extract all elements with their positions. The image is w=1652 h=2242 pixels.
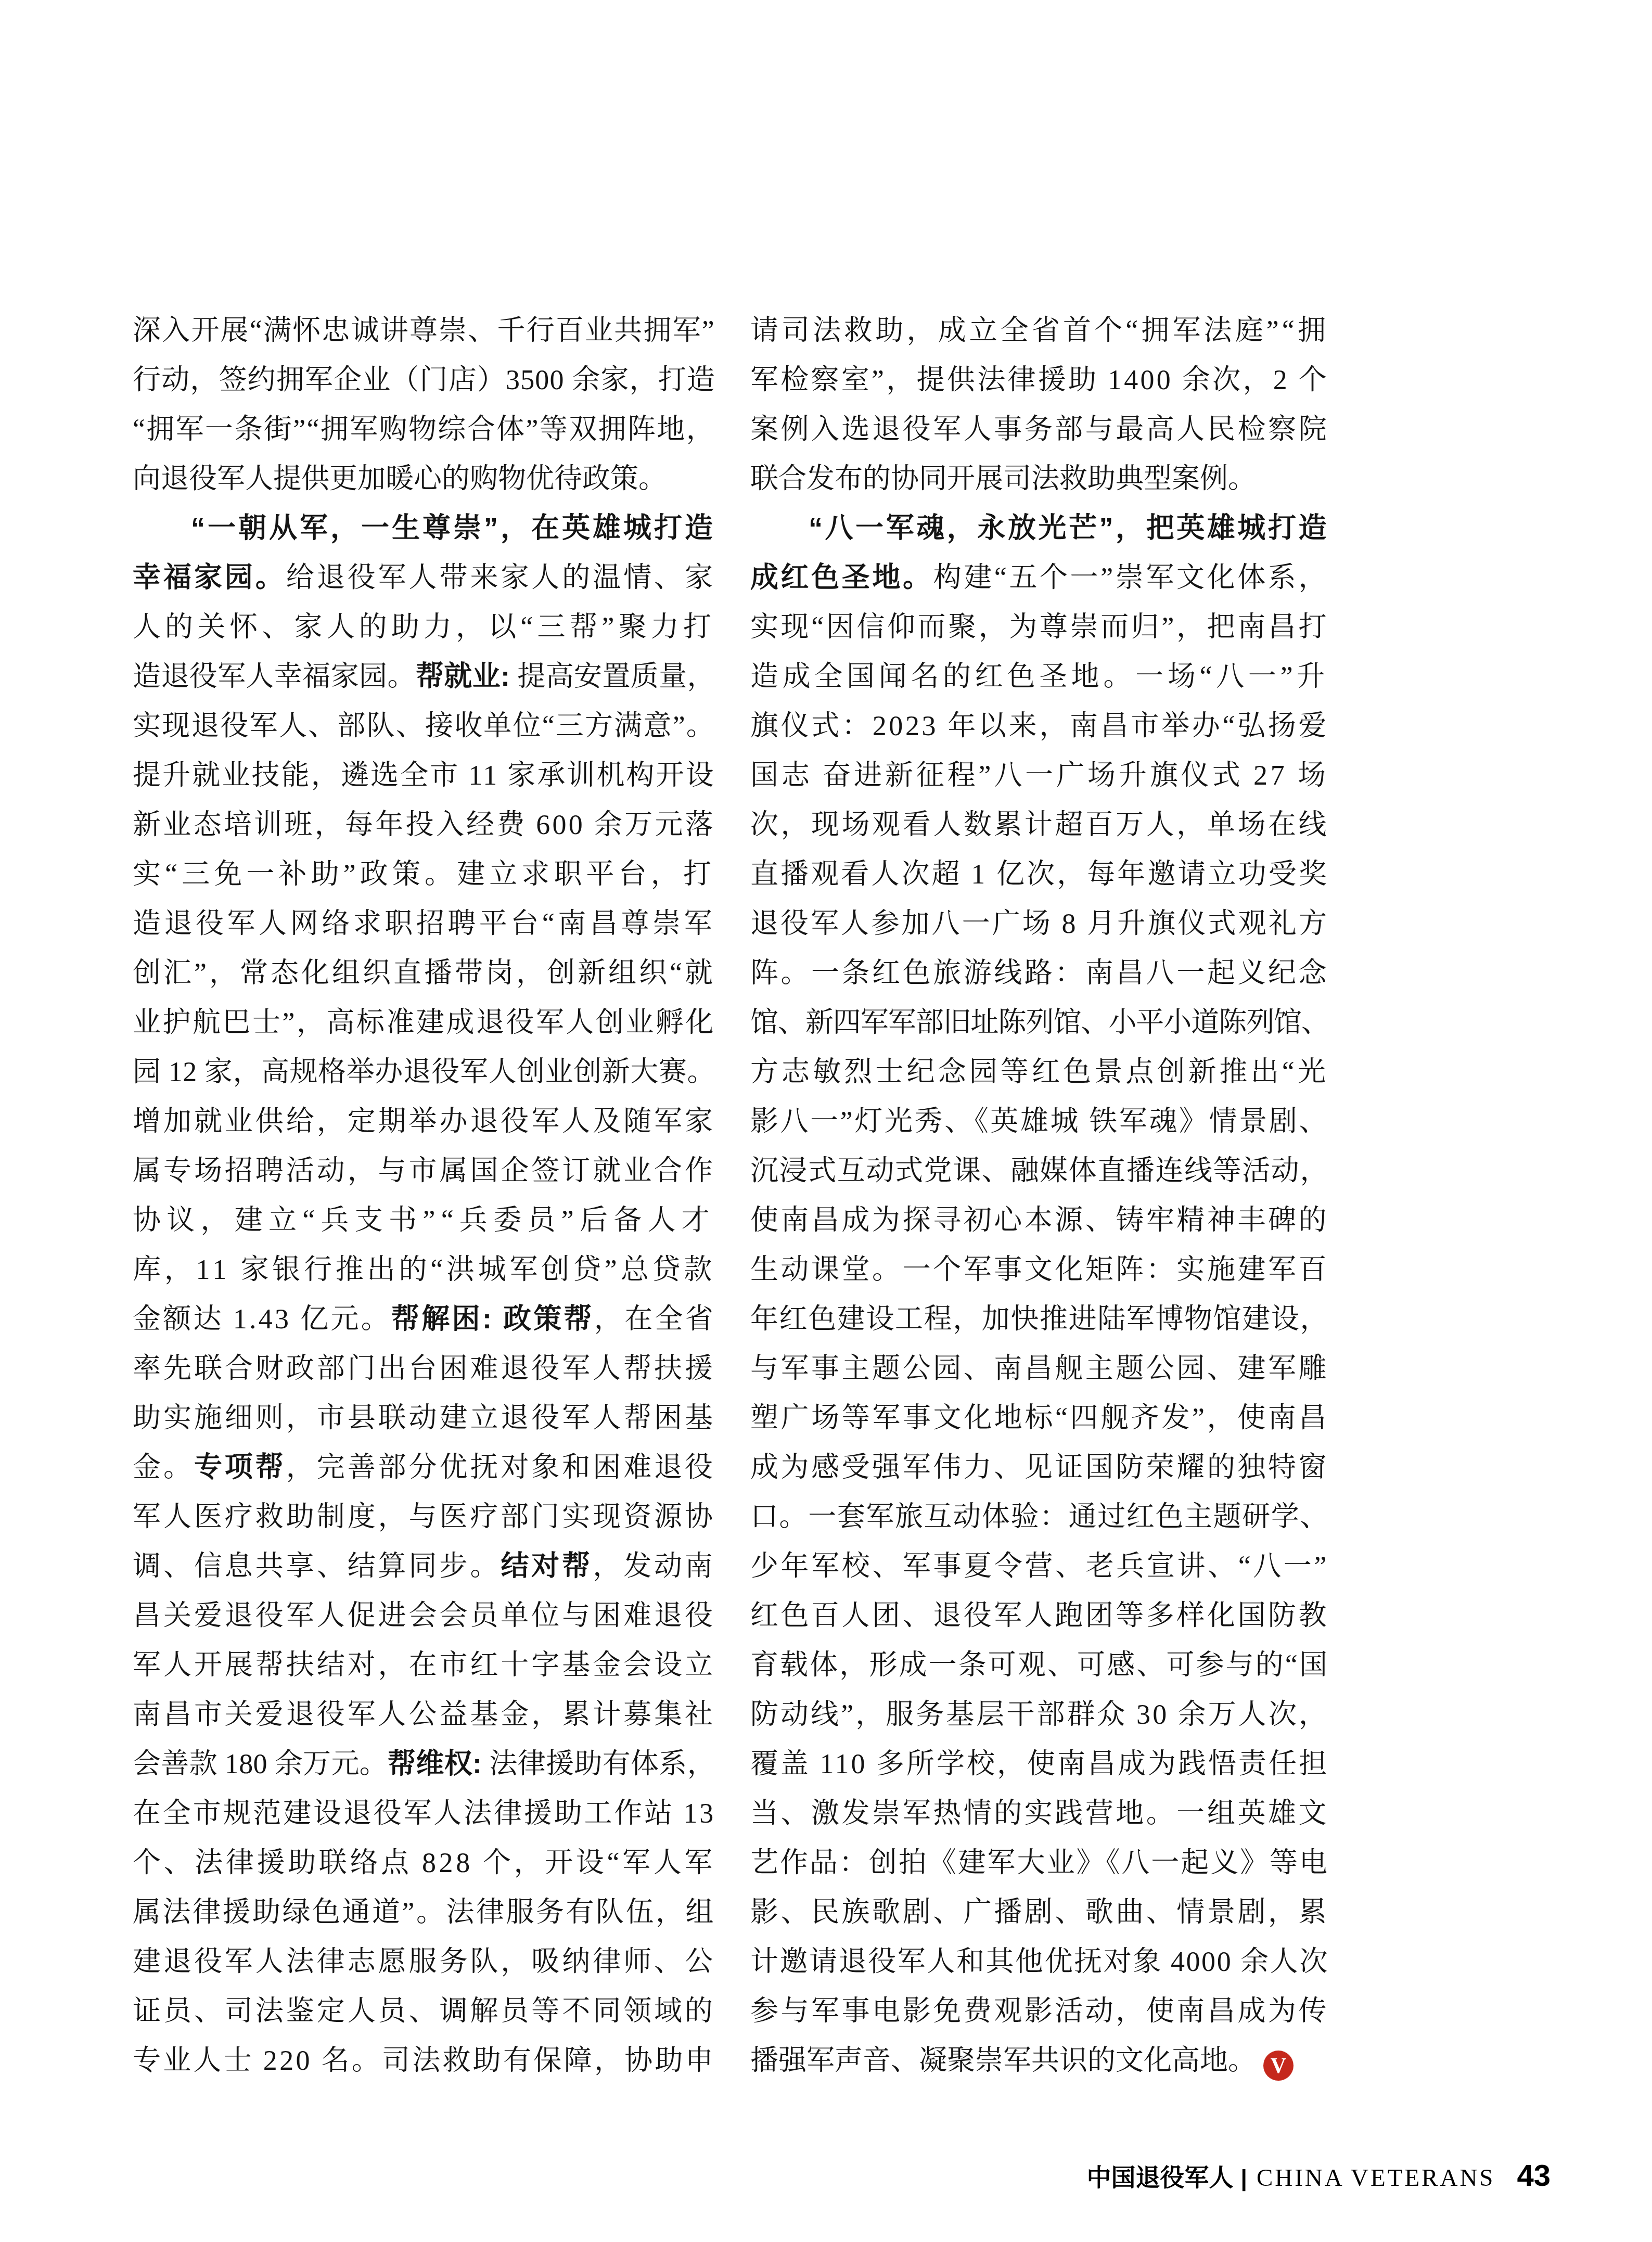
text-segment: ，在全省 xyxy=(594,1303,715,1335)
text-segment: 提高安置质量， xyxy=(510,661,715,692)
bold-keyword: “一朝从军，一生尊崇”，在英雄城打造 xyxy=(191,513,715,544)
text-line: 馆、新四军军部旧址陈列馆、小平小道陈列馆、 xyxy=(750,998,1329,1047)
text-line: 案例入选退役军人事务部与最高人民检察院 xyxy=(750,405,1329,454)
text-segment: 行动，签约拥军企业（门店）3500 余家，打造 xyxy=(133,364,715,395)
text-line: 艺作品：创拍《建军大业》《八一起义》等电 xyxy=(750,1838,1329,1888)
text-line: 与军事主题公园、南昌舰主题公园、建军雕 xyxy=(750,1344,1329,1393)
text-line: 人的关怀、家人的助力，以“三帮”聚力打 xyxy=(133,603,715,652)
text-line: 深入开展“满怀忠诚讲尊崇、千行百业共拥军” xyxy=(133,306,715,355)
text-segment: 使南昌成为探寻初心本源、铸牢精神丰碑的 xyxy=(750,1205,1329,1236)
bold-keyword: 专项帮 xyxy=(194,1452,286,1483)
text-segment: 新业态培训班，每年投入经费 600 余万元落 xyxy=(133,809,715,840)
text-line: 当、激发崇军热情的实践营地。一组英雄文 xyxy=(750,1789,1329,1838)
text-line: 使南昌成为探寻初心本源、铸牢精神丰碑的 xyxy=(750,1196,1329,1245)
text-line: 计邀请退役军人和其他优抚对象 4000 余人次 xyxy=(750,1937,1329,1987)
text-segment: 实现“因信仰而聚，为尊崇而归”，把南昌打 xyxy=(750,611,1329,643)
text-line: 播强军声音、凝聚崇军共识的文化高地。V xyxy=(750,2036,1329,2085)
text-segment: 给退役军人带来家人的温情、家 xyxy=(286,562,715,593)
bold-keyword: 政策帮 xyxy=(503,1303,594,1335)
bold-keyword: “八一军魂，永放光芒”，把英雄城打造 xyxy=(809,513,1329,544)
text-line: 助实施细则，市县联动建立退役军人帮困基 xyxy=(133,1393,715,1443)
text-line: 新业态培训班，每年投入经费 600 余万元落 xyxy=(133,800,715,850)
text-segment: 个、法律援助联络点 828 个，开设“军人军 xyxy=(133,1847,715,1878)
text-line: 成红色圣地。构建“五个一”崇军文化体系， xyxy=(750,553,1329,603)
text-line: 造成全国闻名的红色圣地。一场“八一”升 xyxy=(750,652,1329,701)
text-segment: 创汇”，常态化组织直播带岗，创新组织“就 xyxy=(133,957,715,989)
text-line: 生动课堂。一个军事文化矩阵：实施建军百 xyxy=(750,1245,1329,1295)
text-segment: 实“三免一补助”政策。建立求职平台，打 xyxy=(133,859,715,890)
magazine-title-cn: 中国退役军人 xyxy=(1087,2158,1234,2193)
text-segment: 参与军事电影免费观影活动，使南昌成为传 xyxy=(750,1995,1329,2027)
magazine-page: 深入开展“满怀忠诚讲尊崇、千行百业共拥军”行动，签约拥军企业（门店）3500 余… xyxy=(0,0,1652,2242)
text-segment: 在全市规范建设退役军人法律援助工作站 13 xyxy=(133,1798,715,1829)
text-line: 军人开展帮扶结对，在市红十字基金会设立 xyxy=(133,1641,715,1690)
text-segment: 率先联合财政部门出台困难退役军人帮扶援 xyxy=(133,1353,715,1384)
text-line: 幸福家园。给退役军人带来家人的温情、家 xyxy=(133,553,715,603)
text-line: 军人医疗救助制度，与医疗部门实现资源协 xyxy=(133,1492,715,1542)
text-line: 请司法救助，成立全省首个“拥军法庭”“拥 xyxy=(750,306,1329,355)
text-segment: 案例入选退役军人事务部与最高人民检察院 xyxy=(750,414,1329,445)
text-segment: 园 12 家，高规格举办退役军人创业创新大赛。 xyxy=(133,1056,715,1087)
text-segment: 属专场招聘活动，与市属国企签订就业合作 xyxy=(133,1155,715,1186)
text-segment: 影、民族歌剧、广播剧、歌曲、情景剧，累 xyxy=(750,1897,1329,1928)
bold-keyword: 幸福家园。 xyxy=(133,562,286,593)
text-segment: 造成全国闻名的红色圣地。一场“八一”升 xyxy=(750,661,1329,692)
text-segment: 南昌市关爱退役军人公益基金，累计募集社 xyxy=(133,1699,715,1730)
text-line: 增加就业供给，定期举办退役军人及随军家 xyxy=(133,1097,715,1146)
text-segment: 会善款 180 余万元。 xyxy=(133,1748,388,1779)
text-segment: 昌关爱退役军人促进会会员单位与困难退役 xyxy=(133,1600,715,1631)
text-line: 率先联合财政部门出台困难退役军人帮扶援 xyxy=(133,1344,715,1393)
text-segment: 请司法救助，成立全省首个“拥军法庭”“拥 xyxy=(750,315,1329,346)
text-line: 影八一”灯光秀、《英雄城 铁军魂》情景剧、 xyxy=(750,1097,1329,1146)
text-segment: 与军事主题公园、南昌舰主题公园、建军雕 xyxy=(750,1353,1329,1384)
text-line: 金。专项帮，完善部分优抚对象和困难退役 xyxy=(133,1443,715,1492)
text-segment: 实现退役军人、部队、接收单位“三方满意”。 xyxy=(133,710,715,741)
text-segment: 建退役军人法律志愿服务队，吸纳律师、公 xyxy=(133,1946,715,1977)
text-line: 实现“因信仰而聚，为尊崇而归”，把南昌打 xyxy=(750,603,1329,652)
text-line: 昌关爱退役军人促进会会员单位与困难退役 xyxy=(133,1591,715,1641)
text-segment: 法律援助有体系， xyxy=(482,1748,715,1779)
text-segment: 馆、新四军军部旧址陈列馆、小平小道陈列馆、 xyxy=(750,1007,1329,1038)
text-segment: 红色百人团、退役军人跑团等多样化国防教 xyxy=(750,1600,1329,1631)
text-segment: 防动线”，服务基层干部群众 30 余万人次， xyxy=(750,1699,1329,1730)
text-line: “一朝从军，一生尊崇”，在英雄城打造 xyxy=(133,504,715,553)
text-line: 个、法律援助联络点 828 个，开设“军人军 xyxy=(133,1838,715,1888)
bold-keyword: 帮就业: xyxy=(416,661,510,692)
text-line: 在全市规范建设退役军人法律援助工作站 13 xyxy=(133,1789,715,1838)
text-line: 红色百人团、退役军人跑团等多样化国防教 xyxy=(750,1591,1329,1641)
text-line: 口。一套军旅互动体验：通过红色主题研学、 xyxy=(750,1492,1329,1542)
text-segment: 金。 xyxy=(133,1452,194,1483)
text-line: 属专场招聘活动，与市属国企签订就业合作 xyxy=(133,1146,715,1196)
text-line: 会善款 180 余万元。帮维权: 法律援助有体系， xyxy=(133,1739,715,1789)
text-segment: 退役军人参加八一广场 8 月升旗仪式观礼方 xyxy=(750,908,1329,939)
text-line: 旗仪式：2023 年以来，南昌市举办“弘扬爱 xyxy=(750,701,1329,751)
text-line: 防动线”，服务基层干部群众 30 余万人次， xyxy=(750,1690,1329,1739)
text-segment xyxy=(494,1303,503,1335)
bold-keyword: 帮解困: xyxy=(391,1303,494,1335)
text-line: 方志敏烈士纪念园等红色景点创新推出“光 xyxy=(750,1047,1329,1097)
text-line: 行动，签约拥军企业（门店）3500 余家，打造 xyxy=(133,355,715,405)
text-line: 实“三免一补助”政策。建立求职平台，打 xyxy=(133,850,715,899)
text-line: 属法律援助绿色通道”。法律服务有队伍，组 xyxy=(133,1888,715,1937)
text-line: “拥军一条街”“拥军购物综合体”等双拥阵地， xyxy=(133,405,715,454)
text-segment: “拥军一条街”“拥军购物综合体”等双拥阵地， xyxy=(133,414,715,445)
text-segment: 增加就业供给，定期举办退役军人及随军家 xyxy=(133,1106,715,1137)
text-segment: 成为感受强军伟力、见证国防荣耀的独特窗 xyxy=(750,1452,1329,1483)
text-segment: 生动课堂。一个军事文化矩阵：实施建军百 xyxy=(750,1254,1329,1285)
text-segment: 国志 奋进新征程”八一广场升旗仪式 27 场 xyxy=(750,760,1329,791)
text-line: 军检察室”，提供法律援助 1400 余次，2 个 xyxy=(750,355,1329,405)
text-segment: 调、信息共享、结算同步。 xyxy=(133,1551,501,1582)
magazine-end-mark-icon: V xyxy=(1263,2051,1294,2081)
text-segment: 口。一套军旅互动体验：通过红色主题研学、 xyxy=(750,1501,1329,1532)
text-line: 专业人士 220 名。司法救助有保障，协助申 xyxy=(133,2036,715,2085)
text-line: 向退役军人提供更加暖心的购物优待政策。 xyxy=(133,454,715,504)
text-segment: ，发动南 xyxy=(593,1551,715,1582)
text-segment: 沉浸式互动式党课、融媒体直播连线等活动， xyxy=(750,1155,1329,1186)
text-segment: 属法律援助绿色通道”。法律服务有队伍，组 xyxy=(133,1897,715,1928)
text-segment: 业护航巴士”，高标准建成退役军人创业孵化 xyxy=(133,1007,715,1038)
text-line: 联合发布的协同开展司法救助典型案例。 xyxy=(750,454,1329,504)
text-line: 阵。一条红色旅游线路：南昌八一起义纪念 xyxy=(750,949,1329,998)
text-line: 沉浸式互动式党课、融媒体直播连线等活动， xyxy=(750,1146,1329,1196)
text-segment: 影八一”灯光秀、《英雄城 铁军魂》情景剧、 xyxy=(750,1106,1329,1137)
text-segment: 专业人士 220 名。司法救助有保障，协助申 xyxy=(133,2045,715,2076)
text-line: 协议，建立“兵支书”“兵委员”后备人才 xyxy=(133,1196,715,1245)
text-line: 国志 奋进新征程”八一广场升旗仪式 27 场 xyxy=(750,751,1329,800)
text-line: 直播观看人次超 1 亿次，每年邀请立功受奖 xyxy=(750,850,1329,899)
bold-keyword: 成红色圣地。 xyxy=(750,562,933,593)
text-line: 创汇”，常态化组织直播带岗，创新组织“就 xyxy=(133,949,715,998)
text-line: 库，11 家银行推出的“洪城军创贷”总贷款 xyxy=(133,1245,715,1295)
text-segment: 艺作品：创拍《建军大业》《八一起义》等电 xyxy=(750,1847,1329,1878)
text-segment: 深入开展“满怀忠诚讲尊崇、千行百业共拥军” xyxy=(133,315,715,346)
text-line: 造退役军人网络求职招聘平台“南昌尊崇军 xyxy=(133,899,715,949)
magazine-title-en: CHINA VETERANS xyxy=(1257,2164,1495,2192)
footer-divider: | xyxy=(1241,2166,1247,2192)
text-line: 南昌市关爱退役军人公益基金，累计募集社 xyxy=(133,1690,715,1739)
text-segment: 协议，建立“兵支书”“兵委员”后备人才 xyxy=(133,1205,715,1236)
text-line: 建退役军人法律志愿服务队，吸纳律师、公 xyxy=(133,1937,715,1987)
text-segment: 助实施细则，市县联动建立退役军人帮困基 xyxy=(133,1402,715,1433)
article-column-left: 深入开展“满怀忠诚讲尊崇、千行百业共拥军”行动，签约拥军企业（门店）3500 余… xyxy=(133,306,715,2085)
text-line: “八一军魂，永放光芒”，把英雄城打造 xyxy=(750,504,1329,553)
text-segment: 造退役军人网络求职招聘平台“南昌尊崇军 xyxy=(133,908,715,939)
text-segment: 次，现场观看人数累计超百万人，单场在线 xyxy=(750,809,1329,840)
text-line: 次，现场观看人数累计超百万人，单场在线 xyxy=(750,800,1329,850)
bold-keyword: 结对帮 xyxy=(501,1551,593,1582)
text-line: 证员、司法鉴定人员、调解员等不同领域的 xyxy=(133,1987,715,2036)
text-line: 实现退役军人、部队、接收单位“三方满意”。 xyxy=(133,701,715,751)
text-line: 提升就业技能，遴选全市 11 家承训机构开设 xyxy=(133,751,715,800)
text-line: 覆盖 110 多所学校，使南昌成为践悟责任担 xyxy=(750,1739,1329,1789)
text-line: 业护航巴士”，高标准建成退役军人创业孵化 xyxy=(133,998,715,1047)
text-segment: 年红色建设工程，加快推进陆军博物馆建设， xyxy=(750,1303,1329,1335)
text-segment: ，完善部分优抚对象和困难退役 xyxy=(286,1452,715,1483)
text-segment: 育载体，形成一条可观、可感、可参与的“国 xyxy=(750,1649,1329,1681)
text-segment: 金额达 1.43 亿元。 xyxy=(133,1303,391,1335)
text-segment: 构建“五个一”崇军文化体系， xyxy=(933,562,1329,593)
text-segment: 库，11 家银行推出的“洪城军创贷”总贷款 xyxy=(133,1254,715,1285)
text-segment: 造退役军人幸福家园。 xyxy=(133,661,416,692)
text-segment: 覆盖 110 多所学校，使南昌成为践悟责任担 xyxy=(750,1748,1329,1779)
text-segment: 人的关怀、家人的助力，以“三帮”聚力打 xyxy=(133,611,715,643)
text-segment: 少年军校、军事夏令营、老兵宣讲、“八一” xyxy=(750,1551,1329,1582)
text-line: 影、民族歌剧、广播剧、歌曲、情景剧，累 xyxy=(750,1888,1329,1937)
text-segment: 旗仪式：2023 年以来，南昌市举办“弘扬爱 xyxy=(750,710,1329,741)
text-line: 育载体，形成一条可观、可感、可参与的“国 xyxy=(750,1641,1329,1690)
text-segment: 证员、司法鉴定人员、调解员等不同领域的 xyxy=(133,1995,715,2027)
text-segment: 计邀请退役军人和其他优抚对象 4000 余人次 xyxy=(750,1946,1329,1977)
page-number: 43 xyxy=(1517,2158,1551,2193)
text-segment: 提升就业技能，遴选全市 11 家承训机构开设 xyxy=(133,760,715,791)
text-segment: 塑广场等军事文化地标“四舰齐发”，使南昌 xyxy=(750,1402,1329,1433)
text-segment: 军人医疗救助制度，与医疗部门实现资源协 xyxy=(133,1501,715,1532)
text-line: 园 12 家，高规格举办退役军人创业创新大赛。 xyxy=(133,1047,715,1097)
text-line: 年红色建设工程，加快推进陆军博物馆建设， xyxy=(750,1295,1329,1344)
text-line: 塑广场等军事文化地标“四舰齐发”，使南昌 xyxy=(750,1393,1329,1443)
text-line: 少年军校、军事夏令营、老兵宣讲、“八一” xyxy=(750,1542,1329,1591)
text-segment: 直播观看人次超 1 亿次，每年邀请立功受奖 xyxy=(750,859,1329,890)
text-line: 退役军人参加八一广场 8 月升旗仪式观礼方 xyxy=(750,899,1329,949)
text-segment: 阵。一条红色旅游线路：南昌八一起义纪念 xyxy=(750,957,1329,989)
text-segment: 联合发布的协同开展司法救助典型案例。 xyxy=(750,463,1256,494)
text-line: 调、信息共享、结算同步。结对帮，发动南 xyxy=(133,1542,715,1591)
text-segment: 军检察室”，提供法律援助 1400 余次，2 个 xyxy=(750,364,1329,395)
bold-keyword: 帮维权: xyxy=(388,1748,482,1779)
text-line: 金额达 1.43 亿元。帮解困: 政策帮，在全省 xyxy=(133,1295,715,1344)
text-segment: 向退役军人提供更加暖心的购物优待政策。 xyxy=(133,463,667,494)
text-line: 造退役军人幸福家园。帮就业: 提高安置质量， xyxy=(133,652,715,701)
text-line: 参与军事电影免费观影活动，使南昌成为传 xyxy=(750,1987,1329,2036)
page-footer: 中国退役军人 | CHINA VETERANS 43 xyxy=(1087,2158,1551,2193)
text-segment: 播强军声音、凝聚崇军共识的文化高地。 xyxy=(750,2045,1256,2076)
text-segment: 方志敏烈士纪念园等红色景点创新推出“光 xyxy=(750,1056,1329,1087)
text-line: 成为感受强军伟力、见证国防荣耀的独特窗 xyxy=(750,1443,1329,1492)
text-segment: 当、激发崇军热情的实践营地。一组英雄文 xyxy=(750,1798,1329,1829)
article-column-right: 请司法救助，成立全省首个“拥军法庭”“拥军检察室”，提供法律援助 1400 余次… xyxy=(750,306,1329,2085)
text-segment: 军人开展帮扶结对，在市红十字基金会设立 xyxy=(133,1649,715,1681)
